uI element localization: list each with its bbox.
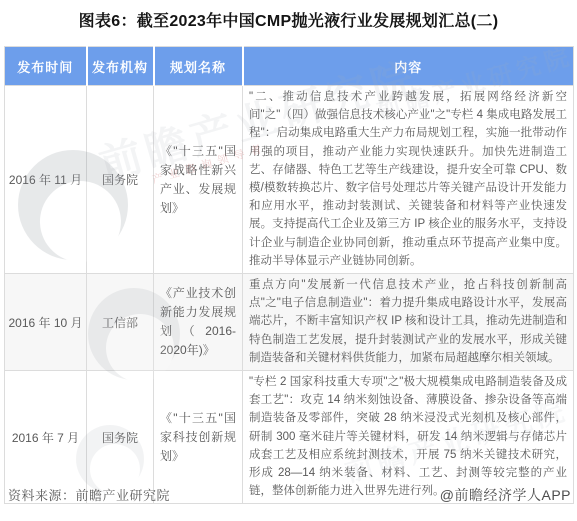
report-figure: 图表6：截至2023年中国CMP抛光液行业发展规划汇总(二) 发布时间 发布机构… xyxy=(0,0,577,521)
cell-publish-date: 2016 年 7 月 xyxy=(5,371,87,504)
cell-content: "专栏 2 国家科技重大专项"之"极大规模集成电路制造装备及成套工艺"：攻克 1… xyxy=(243,371,574,504)
col-header-publish-agency: 发布机构 xyxy=(87,47,154,86)
page-title: 图表6：截至2023年中国CMP抛光液行业发展规划汇总(二) xyxy=(0,10,577,34)
cell-plan-name: 《产业技术创新能力发展规划（2016-2020年)》 xyxy=(154,274,243,371)
cell-publish-agency: 国务院 xyxy=(87,86,154,274)
col-header-publish-date: 发布时间 xyxy=(5,47,87,86)
plan-table: 发布时间 发布机构 规划名称 内容 2016 年 11 月 国务院 《"十三五"… xyxy=(4,46,574,504)
cell-publish-date: 2016 年 11 月 xyxy=(5,86,87,274)
cell-plan-name: 《"十三五"国家战略性新兴产业、发展规划》 xyxy=(154,86,243,274)
cell-publish-agency: 工信部 xyxy=(87,274,154,371)
cell-content: 重点方向"发展新一代信息技术产业，抢占科技创新制高点"之"电子信息制造业"：着力… xyxy=(243,274,574,371)
source-note: 资料来源：前瞻产业研究院 xyxy=(8,485,170,504)
col-header-content: 内容 xyxy=(243,47,574,86)
table-header-row: 发布时间 发布机构 规划名称 内容 xyxy=(5,47,574,86)
table-row: 2016 年 10 月 工信部 《产业技术创新能力发展规划（2016-2020年… xyxy=(5,274,574,371)
cell-publish-agency: 国务院 xyxy=(87,371,154,504)
table-row: 2016 年 11 月 国务院 《"十三五"国家战略性新兴产业、发展规划》 "二… xyxy=(5,86,574,274)
brand-note: @前瞻经济学人APP xyxy=(440,485,571,505)
cell-publish-date: 2016 年 10 月 xyxy=(5,274,87,371)
col-header-plan-name: 规划名称 xyxy=(154,47,243,86)
cell-content: "二、推动信息技术产业跨越发展，拓展网络经济新空间"之"（四）做强信息技术核心产… xyxy=(243,86,574,274)
table-row: 2016 年 7 月 国务院 《"十三五"国家科技创新规划》 "专栏 2 国家科… xyxy=(5,371,574,504)
cell-plan-name: 《"十三五"国家科技创新规划》 xyxy=(154,371,243,504)
figure-footer: 资料来源：前瞻产业研究院 @前瞻经济学人APP xyxy=(8,485,571,505)
